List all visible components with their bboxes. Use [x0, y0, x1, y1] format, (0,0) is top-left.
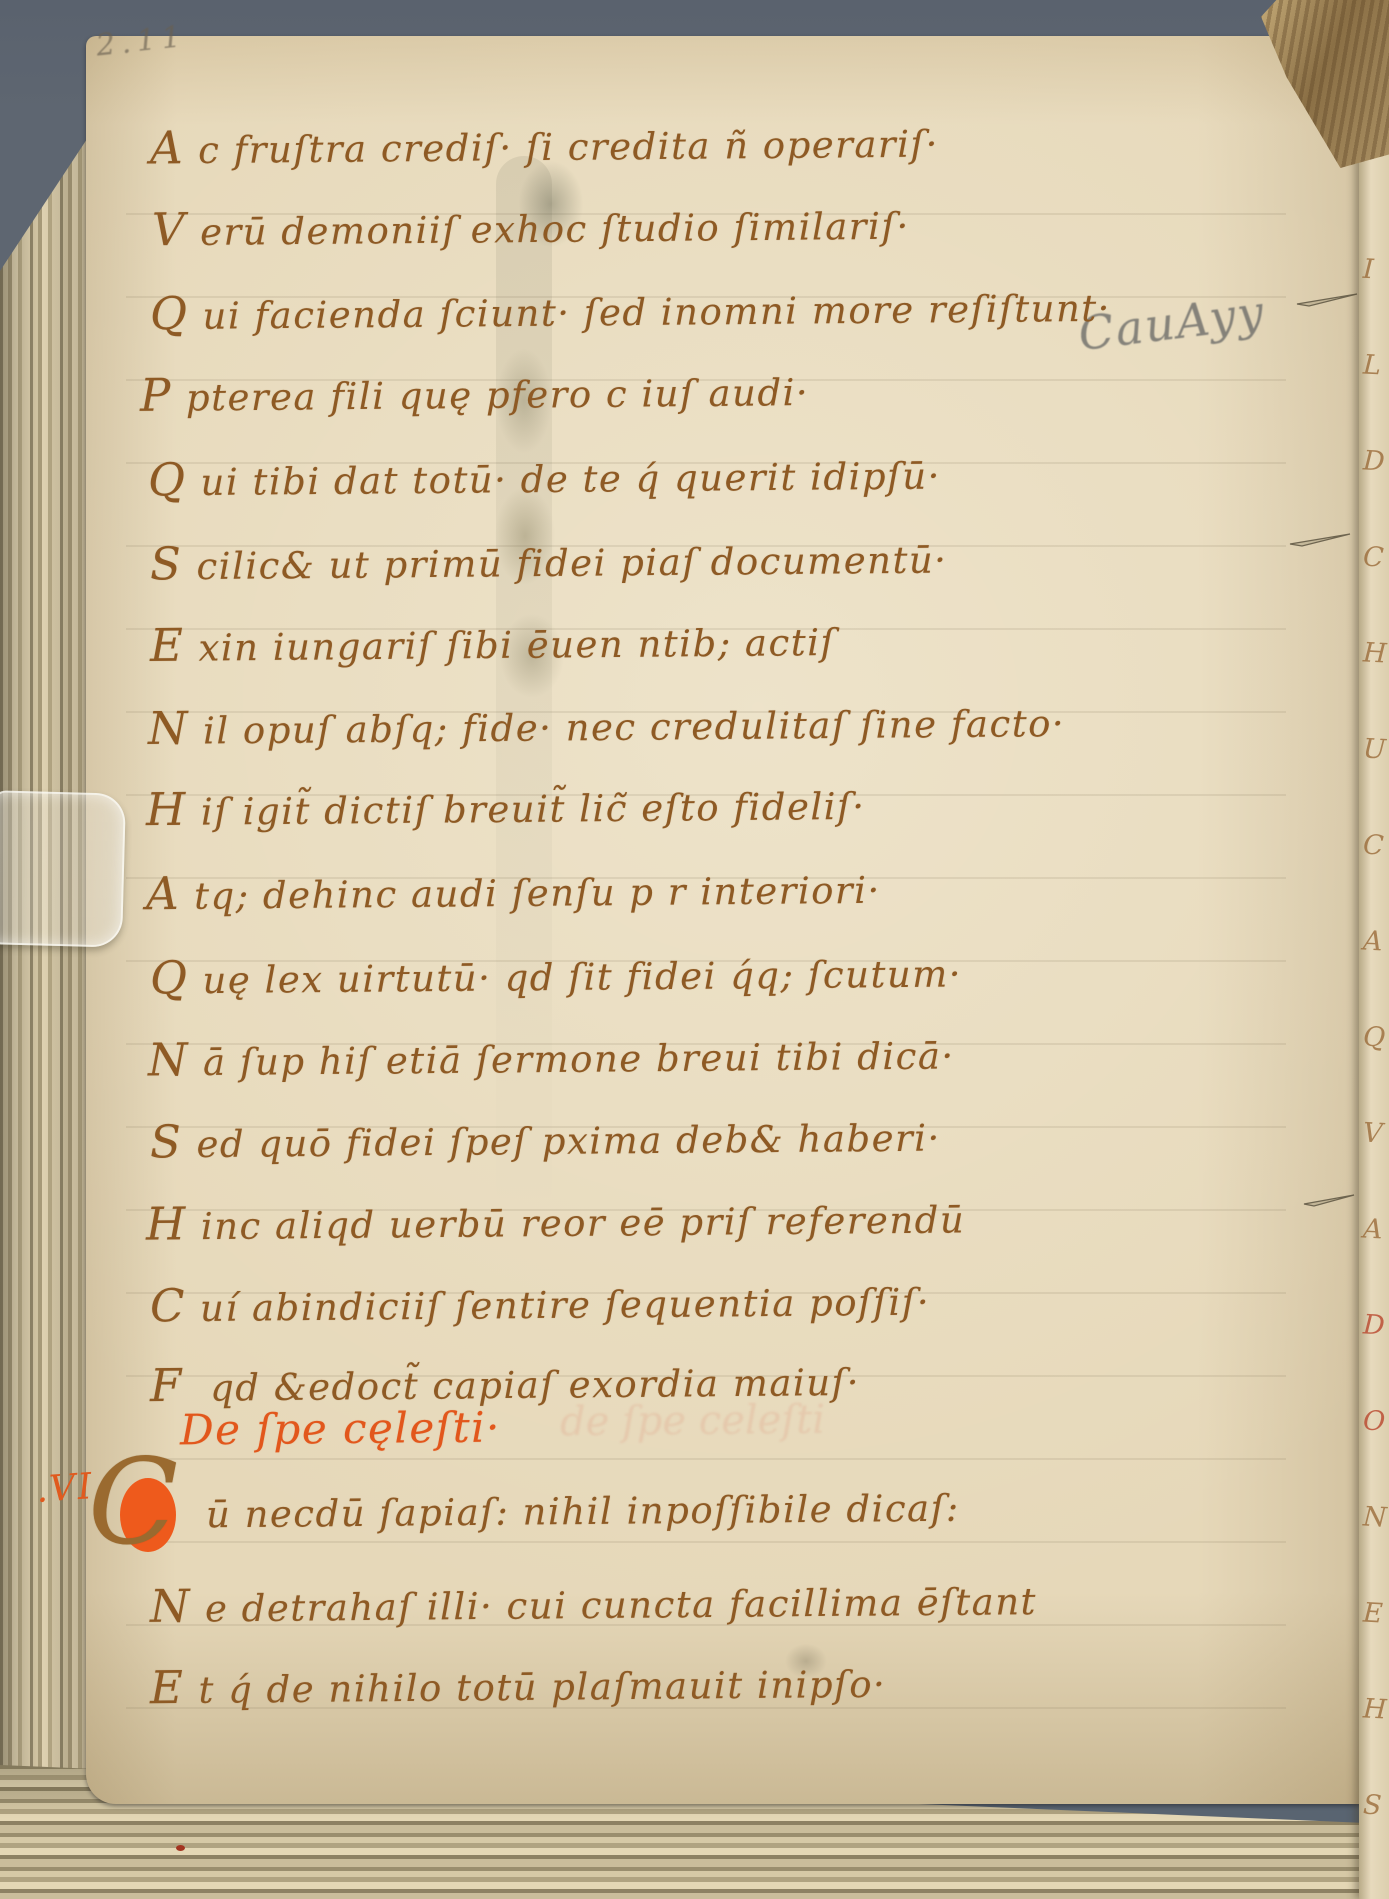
facing-edge-letter: N: [1362, 1501, 1387, 1533]
facing-edge-letter: H: [1362, 637, 1387, 669]
facing-edge-letter: I: [1362, 254, 1374, 286]
facing-edge-letter: D: [1362, 445, 1385, 477]
verse-line-10: Atq; dehinc audi ſenſu p r interiori·: [146, 861, 881, 920]
verse-line-4: Ppterea fili quę pfero c iuſ audi·: [140, 363, 810, 422]
verse-line-2: Verū demoniiſ exhoc ſtudio ſimilariſ·: [152, 197, 910, 257]
facing-page-edge: I L D C H U C A Q V A D O N E H S: [1359, 54, 1389, 1899]
initial-c: C: [88, 1452, 206, 1580]
facing-edge-letter: S: [1362, 1790, 1382, 1822]
red-ink-speck: [176, 1845, 185, 1851]
facing-edge-letter: C: [1362, 541, 1384, 573]
chapter-number: .VI: [35, 1466, 95, 1511]
parchment-slit-mark: [1295, 292, 1365, 308]
rubric-ghost-offset: de ſpe celeſti: [560, 1397, 825, 1445]
verse-line-19: Et q́ de nihilo totū plaſmauit inipſo·: [150, 1655, 887, 1714]
facing-edge-letter: E: [1362, 1598, 1383, 1630]
verse-line-1: Ac fruſtra crediſ· ſi credita ñ operariſ…: [150, 115, 939, 175]
facing-edge-letter: A: [1362, 926, 1383, 958]
manuscript-photo: 2.11 CauAyy Ac fruſtra crediſ· ſi credit…: [0, 0, 1389, 1899]
verse-line-9: Hiſ igit̃ dictiſ breuit̃ lic̃ eſto fidel…: [146, 777, 866, 836]
verse-line-13: Sed quō fidei ſpeſ pxima deb& haberi·: [150, 1109, 941, 1169]
verse-line-17: ū necdū ſapiaſ: nihil inpoſſibile dicaſ:: [206, 1487, 960, 1537]
verse-line-5: Qui tibi dat totū· de te q́ querit idipſ…: [148, 447, 941, 507]
facing-edge-letter-red: O: [1362, 1405, 1386, 1437]
verse-line-3: Qui facienda ſciunt· ſed inomni more reſ…: [150, 279, 1111, 340]
plastic-page-clip: [0, 790, 126, 947]
initial-c-letter: C: [88, 1438, 178, 1568]
verse-line-12: Nā ſup hiſ etiā ſermone breui tibi dicā·: [148, 1026, 955, 1086]
verse-line-15: Cuí abindiciiſ ſentire ſequentia poſſiſ·: [150, 1273, 931, 1333]
rubric-line: De ſpe cęleſti·: [180, 1403, 501, 1455]
facing-edge-letter: C: [1362, 829, 1384, 861]
facing-edge-letter: A: [1362, 1214, 1383, 1246]
verse-line-8: Nil opuſ abſq; fide· nec credulitaſ ſine…: [148, 694, 1066, 755]
facing-edge-letter: Q: [1362, 1021, 1386, 1053]
verse-line-18: Ne detrahaſ illi· cui cuncta facillima ē…: [150, 1572, 1037, 1633]
facing-edge-letter: L: [1362, 350, 1382, 382]
facing-edge-letter: U: [1362, 733, 1386, 765]
facing-edge-letter-red: D: [1362, 1309, 1385, 1341]
verse-line-11: Quę lex uirtutū· qd ſit fidei q́q; ſcutu…: [150, 944, 962, 1004]
verse-line-7: Exin iungariſ ſibi ēuen ntib; actiſ: [150, 613, 836, 672]
parchment-slit-mark: [1288, 532, 1358, 548]
facing-edge-letter: H: [1362, 1693, 1387, 1725]
verse-line-14: Hinc aliqd uerbū reor eē priſ referendū: [146, 1190, 966, 1250]
facing-edge-letter: V: [1362, 1118, 1383, 1150]
verse-line-6: Scilic& ut primū fidei piaſ documentū·: [150, 531, 948, 591]
